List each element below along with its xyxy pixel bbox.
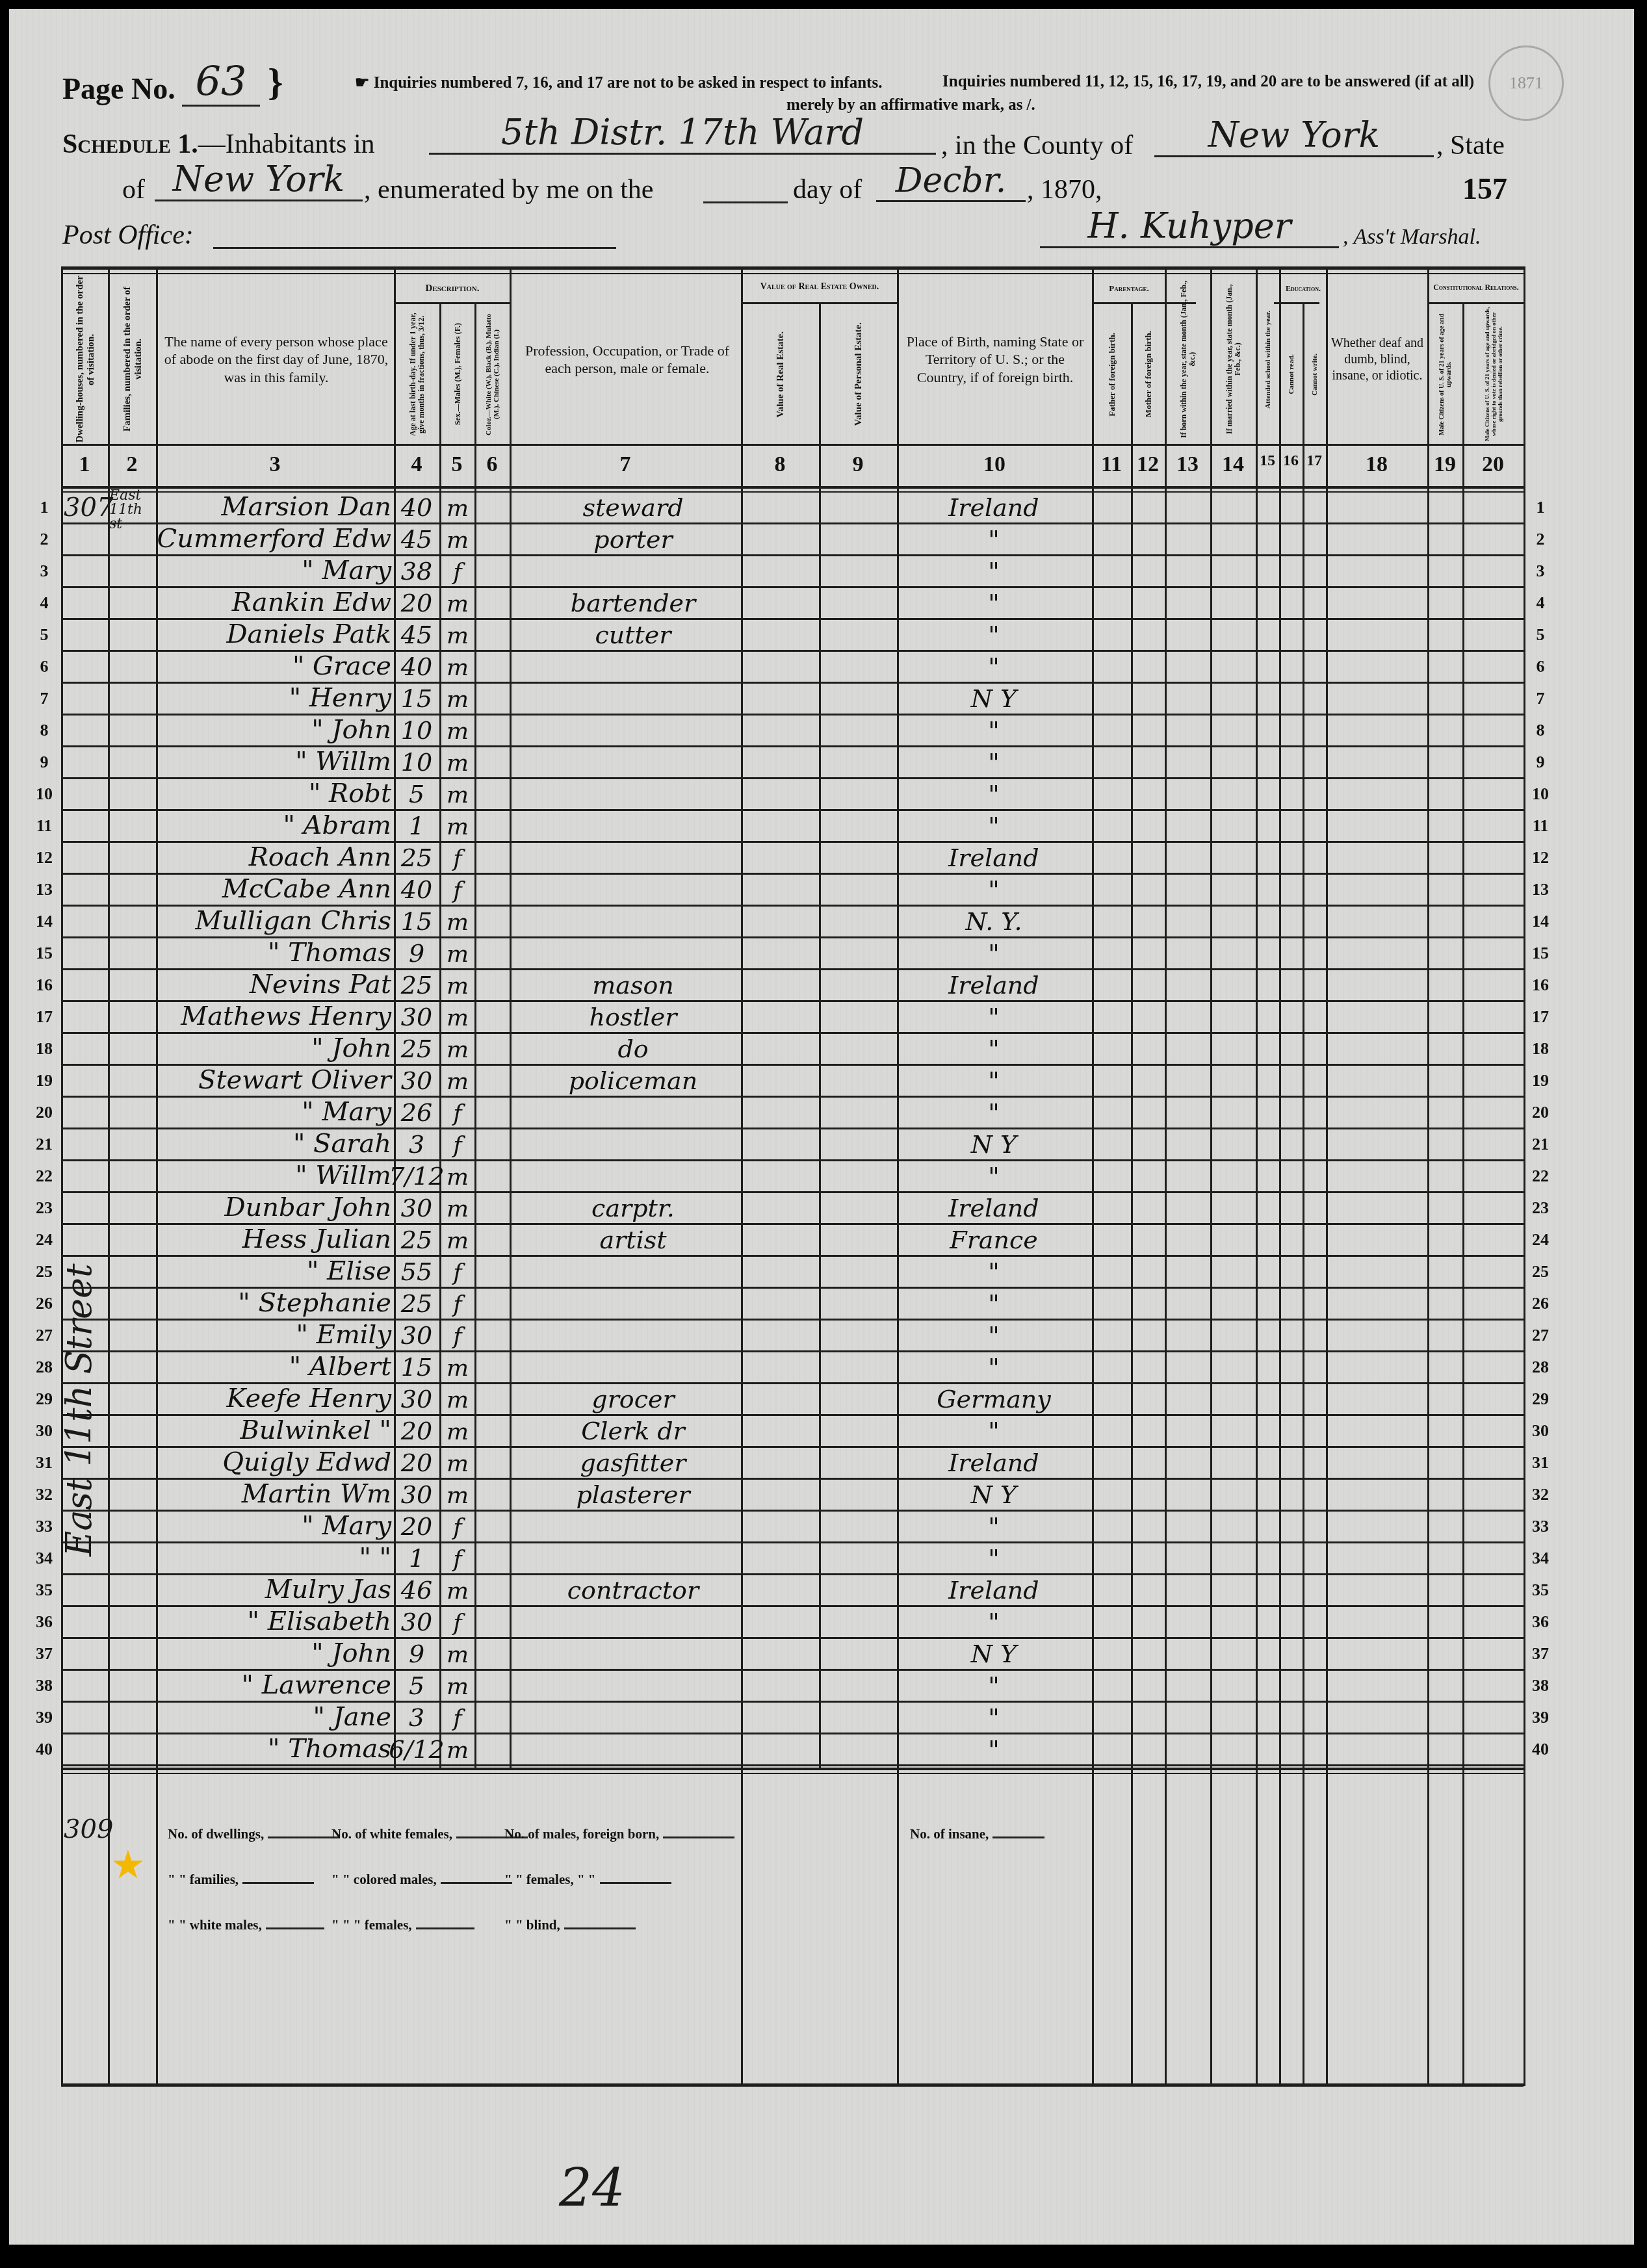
footer-top-rule-thin (61, 1773, 1524, 1774)
row-number-right: 29 (1527, 1389, 1553, 1409)
row-number-left: 5 (31, 625, 57, 645)
row-number-left: 8 (31, 721, 57, 740)
sex-value: m (441, 1225, 474, 1254)
age-value: 26 (394, 1098, 439, 1127)
table-row: " Lawrence5m" (61, 1671, 1524, 1703)
table-row: " Willm7/12m" (61, 1161, 1524, 1193)
table-row: " Elise55f" (61, 1257, 1524, 1289)
sex-value: f (441, 1129, 474, 1159)
column-number: 14 (1210, 452, 1256, 477)
col-header-real-estate: Value of Real Estate. (742, 305, 819, 443)
col-header-male-citizens: Male Citizens of U. S. of 21 years of ag… (1429, 305, 1462, 443)
person-name: Daniels Patk (159, 620, 391, 649)
sex-value: m (441, 652, 474, 681)
row-number-left: 36 (31, 1612, 57, 1632)
table-row: " Mary20f" (61, 1512, 1524, 1543)
col-header-personal-estate: Value of Personal Estate. (821, 305, 897, 443)
row-number-right: 19 (1527, 1071, 1553, 1090)
age-value: 30 (394, 1607, 439, 1636)
row-number-right: 12 (1527, 848, 1553, 868)
person-name: " Willm (159, 747, 391, 777)
column-number: 12 (1131, 452, 1165, 477)
table-row: Bulwinkel "20mClerk dr" (61, 1416, 1524, 1448)
birthplace-value: " (900, 779, 1088, 808)
sex-value: f (441, 843, 474, 872)
age-value: 38 (394, 556, 439, 586)
table-row: " Abram1m" (61, 811, 1524, 843)
birthplace-value: " (900, 1671, 1088, 1700)
column-number: 2 (108, 452, 156, 477)
table-row: " Albert15m" (61, 1352, 1524, 1384)
age-value: 40 (394, 875, 439, 904)
row-number-left: 4 (31, 593, 57, 613)
row-number-right: 38 (1527, 1676, 1553, 1695)
row-number-left: 35 (31, 1580, 57, 1600)
birthplace-value: " (900, 524, 1088, 554)
birthplace-value: " (900, 1352, 1088, 1382)
col-rule-20 (1524, 266, 1525, 2086)
dwelling-number-309: 309 (64, 1814, 113, 1844)
row-number-left: 25 (31, 1262, 57, 1282)
row-number-right: 33 (1527, 1517, 1553, 1536)
col-header-mother-foreign: Mother of foreign birth. (1133, 305, 1165, 443)
sex-value: m (441, 524, 474, 554)
person-name: " Thomas (159, 1734, 391, 1764)
row-number-left: 24 (31, 1230, 57, 1250)
occupation-value (529, 907, 737, 936)
table-row: " "1f" (61, 1543, 1524, 1575)
occupation-value (529, 715, 737, 745)
birthplace-value: " (900, 1161, 1088, 1191)
age-value: 20 (394, 1416, 439, 1445)
day-field (703, 194, 788, 203)
district-ward-field: 5th Distr. 17th Ward (429, 112, 936, 155)
age-value: 30 (394, 1480, 439, 1509)
age-value: 3 (394, 1129, 439, 1159)
row-number-left: 32 (31, 1485, 57, 1504)
person-name: Nevins Pat (159, 970, 391, 999)
day-of-label: day of (793, 174, 862, 205)
age-value: 45 (394, 524, 439, 554)
row-number-left: 14 (31, 912, 57, 931)
age-value: 25 (394, 1289, 439, 1318)
row-number-right: 10 (1527, 784, 1553, 804)
person-name: " Willm (159, 1161, 391, 1191)
occupation-value (529, 1607, 737, 1636)
occupation-value: bartender (529, 588, 737, 617)
table-row: " Elisabeth30f" (61, 1607, 1524, 1639)
tally-foreign-males: No. of males, foreign born, (504, 1826, 734, 1842)
row-number-left: 3 (31, 561, 57, 581)
person-name: Keefe Henry (159, 1384, 391, 1413)
occupation-value (529, 938, 737, 968)
occupation-value (529, 1321, 737, 1350)
person-name: " Mary (159, 556, 391, 586)
age-value: 1 (394, 811, 439, 840)
age-value: 46 (394, 1575, 439, 1604)
inquiries-note-2: Inquiries numbered 11, 12, 15, 16, 17, 1… (942, 73, 1474, 91)
row-number-left: 38 (31, 1676, 57, 1695)
row-number-left: 21 (31, 1135, 57, 1154)
row-number-right: 11 (1527, 816, 1553, 836)
sex-value: m (441, 1671, 474, 1700)
table-row: Keefe Henry30mgrocerGermany (61, 1384, 1524, 1416)
person-name: " Sarah (159, 1129, 391, 1159)
col-header-occupation: Profession, Occupation, or Trade of each… (520, 276, 734, 443)
person-name: " Thomas (159, 938, 391, 968)
column-number: 11 (1092, 452, 1131, 477)
birthplace-value: " (900, 1543, 1088, 1573)
column-number: 1 (61, 452, 108, 477)
row-number-left: 9 (31, 753, 57, 772)
street-annotation: East 11th Street (58, 1209, 110, 1612)
sex-value: m (441, 1639, 474, 1668)
sex-value: m (441, 715, 474, 745)
sex-value: m (441, 907, 474, 936)
age-value: 9 (394, 1639, 439, 1668)
row-number-right: 31 (1527, 1453, 1553, 1473)
age-value: 25 (394, 843, 439, 872)
row-number-left: 22 (31, 1166, 57, 1186)
post-office-label: Post Office: (62, 220, 194, 251)
table-row: Quigly Edwd20mgasfitterIreland (61, 1448, 1524, 1480)
sex-value: m (441, 779, 474, 808)
county-label: , in the County of (941, 130, 1133, 161)
family-annotation: East 11th st (109, 489, 155, 532)
sex-value: f (441, 1703, 474, 1732)
dwelling-number-307: 307 (64, 493, 113, 522)
table-row: McCabe Ann40f" (61, 875, 1524, 907)
row-number-left: 39 (31, 1708, 57, 1727)
person-name: " John (159, 715, 391, 745)
page-label: Page No. (62, 71, 175, 106)
age-value: 30 (394, 1066, 439, 1095)
row-number-left: 6 (31, 657, 57, 677)
sex-value: m (441, 684, 474, 713)
column-number: 6 (474, 452, 510, 477)
birthplace-value: " (900, 620, 1088, 649)
sex-value: f (441, 875, 474, 904)
row-number-left: 17 (31, 1007, 57, 1027)
table-row: Rankin Edw20mbartender" (61, 588, 1524, 620)
table-row: " Jane3f" (61, 1703, 1524, 1734)
birthplace-value: " (900, 715, 1088, 745)
col-header-dwelling: Dwelling-houses, numbered in the order o… (64, 276, 107, 443)
age-value: 15 (394, 1352, 439, 1382)
person-name: Martin Wm (159, 1480, 391, 1509)
tally-foreign-females-field (600, 1882, 671, 1884)
tally-colored-females-field (416, 1927, 474, 1929)
col-group-constitutional: Constitutional Relations. (1429, 273, 1524, 302)
birthplace-value: N Y (900, 684, 1088, 713)
row-number-right: 28 (1527, 1358, 1553, 1377)
state-field: New York (155, 159, 363, 201)
sex-value: f (441, 1321, 474, 1350)
tally-insane: No. of insane, (910, 1826, 1044, 1842)
tally-blind: " " blind, (504, 1917, 636, 1933)
pointing-hand-icon: ☛ (355, 74, 369, 92)
sex-value: f (441, 1098, 474, 1127)
column-number: 15 (1256, 452, 1279, 470)
occupation-value (529, 1639, 737, 1668)
col-header-father-foreign: Father of foreign birth. (1093, 305, 1131, 443)
col-header-married-within-year: If married within the year, state month … (1212, 276, 1256, 443)
row-number-left: 40 (31, 1740, 57, 1759)
occupation-value (529, 1703, 737, 1732)
column-number: 19 (1427, 452, 1462, 477)
row-number-left: 27 (31, 1326, 57, 1345)
table-row: Hess Julian25martistFrance (61, 1225, 1524, 1257)
table-row: " Henry15mN Y (61, 684, 1524, 715)
occupation-value: cutter (529, 620, 737, 649)
tally-blind-field (564, 1927, 636, 1929)
person-name: " Elise (159, 1257, 391, 1286)
row-number-right: 14 (1527, 912, 1553, 931)
age-value: 6/12 (394, 1734, 439, 1764)
row-number-left: 29 (31, 1389, 57, 1409)
tally-dwellings: No. of dwellings, (168, 1826, 339, 1842)
age-value: 3 (394, 1703, 439, 1732)
occupation-value: do (529, 1034, 737, 1063)
birthplace-value: " (900, 1607, 1088, 1636)
col-header-attended-school: Attended school within the year. (1258, 276, 1279, 443)
row-number-right: 2 (1527, 530, 1553, 549)
table-row: Cummerford Edw45mporter" (61, 524, 1524, 556)
birthplace-value: " (900, 1321, 1088, 1350)
row-number-right: 7 (1527, 689, 1553, 708)
table-row: Daniels Patk45mcutter" (61, 620, 1524, 652)
occupation-value: hostler (529, 1002, 737, 1031)
page-number: 63 (182, 57, 260, 107)
age-value: 25 (394, 1034, 439, 1063)
tally-foreign-males-field (663, 1836, 734, 1838)
birthplace-value: Ireland (900, 493, 1088, 522)
column-number: 4 (394, 452, 439, 477)
table-row: Nevins Pat25mmasonIreland (61, 970, 1524, 1002)
age-value: 15 (394, 907, 439, 936)
row-number-right: 20 (1527, 1103, 1553, 1122)
occupation-value: porter (529, 524, 737, 554)
col-header-age: Age at last birth-day. If under 1 year, … (395, 305, 439, 443)
person-name: Mulligan Chris (159, 907, 391, 936)
row-number-right: 9 (1527, 753, 1553, 772)
person-name: Dunbar John (159, 1193, 391, 1222)
person-name: Quigly Edwd (159, 1448, 391, 1477)
age-value: 5 (394, 779, 439, 808)
occupation-value (529, 1671, 737, 1700)
tally-colored-males-field (441, 1882, 512, 1884)
row-number-left: 11 (31, 816, 57, 836)
occupation-value (529, 843, 737, 872)
col-header-born-within-year: If born within the year, state month (Ja… (1167, 276, 1210, 443)
row-number-right: 39 (1527, 1708, 1553, 1727)
tally-white-males-field (266, 1927, 324, 1929)
age-value: 25 (394, 970, 439, 999)
birthplace-value: Ireland (900, 1575, 1088, 1604)
row-number-right: 34 (1527, 1549, 1553, 1568)
occupation-value: gasfitter (529, 1448, 737, 1477)
tally-colored-males: " " colored males, (331, 1872, 512, 1888)
sex-value: m (441, 1002, 474, 1031)
schedule-line: Schedule 1.—Inhabitants in (62, 129, 375, 160)
row-number-right: 6 (1527, 657, 1553, 677)
age-value: 25 (394, 1225, 439, 1254)
age-value: 30 (394, 1002, 439, 1031)
age-value: 20 (394, 1448, 439, 1477)
age-value: 30 (394, 1384, 439, 1413)
occupation-value (529, 556, 737, 586)
age-value: 30 (394, 1321, 439, 1350)
person-name: " Jane (159, 1703, 391, 1732)
occupation-value: Clerk dr (529, 1416, 737, 1445)
table-row: " John10m" (61, 715, 1524, 747)
county-field: New York (1154, 114, 1434, 157)
table-row: " Robt5m" (61, 779, 1524, 811)
sex-value: m (441, 620, 474, 649)
col-header-deaf-blind: Whether deaf and dumb, blind, insane, or… (1329, 276, 1426, 443)
footer-top-rule (61, 1768, 1524, 1770)
birthplace-value: " (900, 1703, 1088, 1732)
sex-value: m (441, 1384, 474, 1413)
birthplace-value: " (900, 652, 1088, 681)
row-number-left: 26 (31, 1294, 57, 1313)
tally-dwellings-field (268, 1836, 339, 1838)
row-number-right: 23 (1527, 1198, 1553, 1218)
birthplace-value: Ireland (900, 970, 1088, 999)
row-number-right: 3 (1527, 561, 1553, 581)
row-number-left: 13 (31, 880, 57, 899)
person-name: Mulry Jas (159, 1575, 391, 1604)
month-field: Decbr. (876, 161, 1026, 202)
sex-value: m (441, 1416, 474, 1445)
row-number-left: 31 (31, 1453, 57, 1473)
col-header-cannot-write: Cannot write. (1304, 305, 1326, 443)
person-name: Marsion Dan (159, 493, 391, 522)
age-value: 45 (394, 620, 439, 649)
row-number-left: 10 (31, 784, 57, 804)
occupation-value (529, 875, 737, 904)
person-name: Mathews Henry (159, 1002, 391, 1031)
birthplace-value: Ireland (900, 843, 1088, 872)
birthplace-value: N Y (900, 1480, 1088, 1509)
birthplace-value: " (900, 1066, 1088, 1095)
table-row: " Emily30f" (61, 1321, 1524, 1352)
row-number-left: 19 (31, 1071, 57, 1090)
row-number-left: 7 (31, 689, 57, 708)
col-header-sex: Sex.—Males (M.), Females (F.) (441, 305, 474, 443)
occupation-value (529, 779, 737, 808)
tally-colored-females: " " " females, (331, 1917, 474, 1933)
inquiries-note-1: ☛ Inquiries numbered 7, 16, and 17 are n… (355, 73, 882, 92)
brace: } (268, 60, 283, 105)
receipt-stamp: 1871 (1488, 45, 1564, 121)
table-row: Dunbar John30mcarptr.Ireland (61, 1193, 1524, 1225)
row-number-right: 22 (1527, 1166, 1553, 1186)
person-name: " Henry (159, 684, 391, 713)
birthplace-value: " (900, 556, 1088, 586)
person-name: " John (159, 1639, 391, 1668)
col-group-description: Description. (395, 276, 510, 302)
birthplace-value: Germany (900, 1384, 1088, 1413)
row-number-right: 32 (1527, 1485, 1553, 1504)
tally-families-field (242, 1882, 314, 1884)
description-divider (394, 302, 510, 304)
sex-value: m (441, 938, 474, 968)
row-number-left: 34 (31, 1549, 57, 1568)
page-stamp-number: 157 (1462, 172, 1507, 206)
birthplace-value: " (900, 1098, 1088, 1127)
row-number-left: 2 (31, 530, 57, 549)
of-label: of (122, 174, 145, 205)
occupation-value (529, 811, 737, 840)
age-value: 5 (394, 1671, 439, 1700)
sex-value: m (441, 493, 474, 522)
birthplace-value: " (900, 811, 1088, 840)
occupation-value (529, 1161, 737, 1191)
row-number-right: 16 (1527, 975, 1553, 995)
occupation-value (529, 1098, 737, 1127)
post-office-field (213, 240, 616, 249)
sex-value: f (441, 1257, 474, 1286)
table-row: " John25mdo" (61, 1034, 1524, 1066)
person-name: " Emily (159, 1321, 391, 1350)
person-name: " Robt (159, 779, 391, 808)
birthplace-value: " (900, 1416, 1088, 1445)
sex-value: m (441, 811, 474, 840)
column-number: 5 (439, 452, 474, 477)
col-header-vote-denied: Male Citizens of U. S. of 21 years of ag… (1464, 305, 1524, 443)
age-value: 10 (394, 715, 439, 745)
occupation-value: grocer (529, 1384, 737, 1413)
column-number: 17 (1303, 452, 1326, 470)
occupation-value (529, 652, 737, 681)
column-number: 9 (819, 452, 897, 477)
table-row: " Stephanie25f" (61, 1289, 1524, 1321)
birthplace-value: " (900, 1734, 1088, 1764)
age-value: 30 (394, 1193, 439, 1222)
age-value: 40 (394, 652, 439, 681)
column-number: 16 (1279, 452, 1303, 470)
age-value: 1 (394, 1543, 439, 1573)
sex-value: m (441, 1034, 474, 1063)
birthplace-value: " (900, 1512, 1088, 1541)
age-value: 20 (394, 1512, 439, 1541)
row-number-right: 5 (1527, 625, 1553, 645)
sex-value: m (441, 588, 474, 617)
birthplace-value: " (900, 875, 1088, 904)
row-number-right: 24 (1527, 1230, 1553, 1250)
table-row: Mulry Jas46mcontractorIreland (61, 1575, 1524, 1607)
row-number-right: 35 (1527, 1580, 1553, 1600)
row-number-left: 37 (31, 1644, 57, 1664)
column-number: 20 (1462, 452, 1524, 477)
birthplace-value: N. Y. (900, 907, 1088, 936)
table-row: " Willm10m" (61, 747, 1524, 779)
birthplace-value: N Y (900, 1639, 1088, 1668)
constitutional-divider (1427, 302, 1524, 304)
table-row: " Mary26f" (61, 1098, 1524, 1129)
tally-white-females: No. of white females, (331, 1826, 528, 1842)
state-label: , State (1436, 130, 1505, 161)
row-number-left: 16 (31, 975, 57, 995)
person-name: " " (159, 1543, 391, 1573)
star-icon[interactable]: ★ (110, 1846, 146, 1885)
person-name: " Stephanie (159, 1289, 391, 1318)
sex-value: f (441, 1512, 474, 1541)
person-name: " Elisabeth (159, 1607, 391, 1636)
row-number-right: 15 (1527, 944, 1553, 963)
table-row: " Mary38f" (61, 556, 1524, 588)
